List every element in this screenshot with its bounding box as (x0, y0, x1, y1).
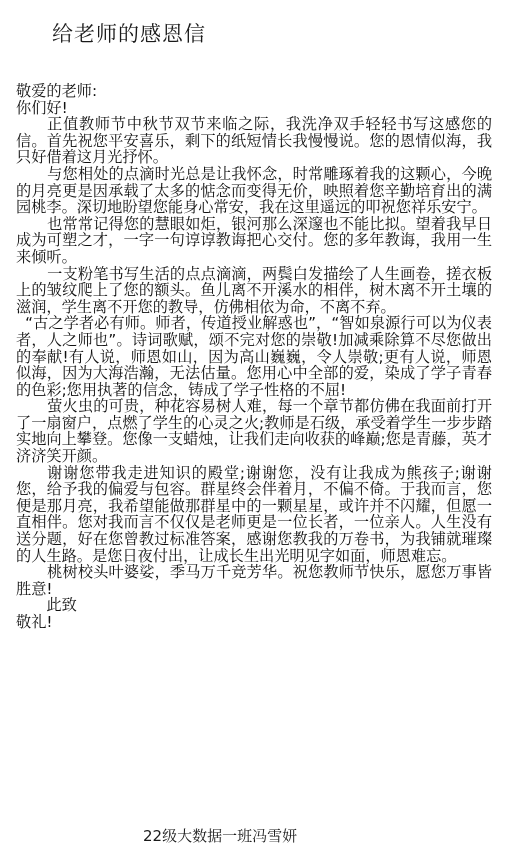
greeting: 你们好! (16, 100, 492, 117)
salutation: 敬爱的老师: (16, 83, 492, 100)
paragraph-5: “古之学者必有师。师者，传道授业解惑也”，“智如泉源行可以为仪表者，人之师也”。… (16, 315, 492, 398)
letter-body: 敬爱的老师: 你们好! 正值教师节中秋节双节来临之际，我洗净双手轻轻书写这感您的… (16, 83, 492, 631)
paragraph-8: 桃树校头叶婆娑，季马万千竞芳华。祝您教师节快乐，愿您万事皆胜意! (16, 564, 492, 597)
closing-jingli: 敬礼! (16, 614, 492, 631)
paragraph-7: 谢谢您带我走进知识的殿堂;谢谢您，没有让我成为熊孩子;谢谢您，给予我的偏爱与包容… (16, 465, 492, 565)
paragraph-4: 一支粉笔书写生活的点点滴滴，两鬓白发描绘了人生画卷，搓衣板上的皱纹爬上了您的额头… (16, 266, 492, 316)
signature: 22级大数据一班冯雪妍 (143, 825, 297, 846)
paragraph-6: 萤火虫的可贵，种花容易树人难，每一个章节都仿佛在我面前打开了一扇窗户，点燃了学生… (16, 398, 492, 464)
letter-title: 给老师的感恩信 (52, 18, 206, 48)
paragraph-2: 与您相处的点滴时光总是让我怀念，时常雕琢着我的这颗心，今晚的月亮更是因承载了太多… (16, 166, 492, 216)
paragraph-1: 正值教师节中秋节双节来临之际，我洗净双手轻轻书写这感您的信。首先祝您平安喜乐，剩… (16, 116, 492, 166)
paragraph-3: 也常常记得您的慧眼如炬，银河那么深邃也不能比拟。望着我早日成为可塑之才，一字一句… (16, 216, 492, 266)
closing-cizhi: 此致 (16, 597, 492, 614)
